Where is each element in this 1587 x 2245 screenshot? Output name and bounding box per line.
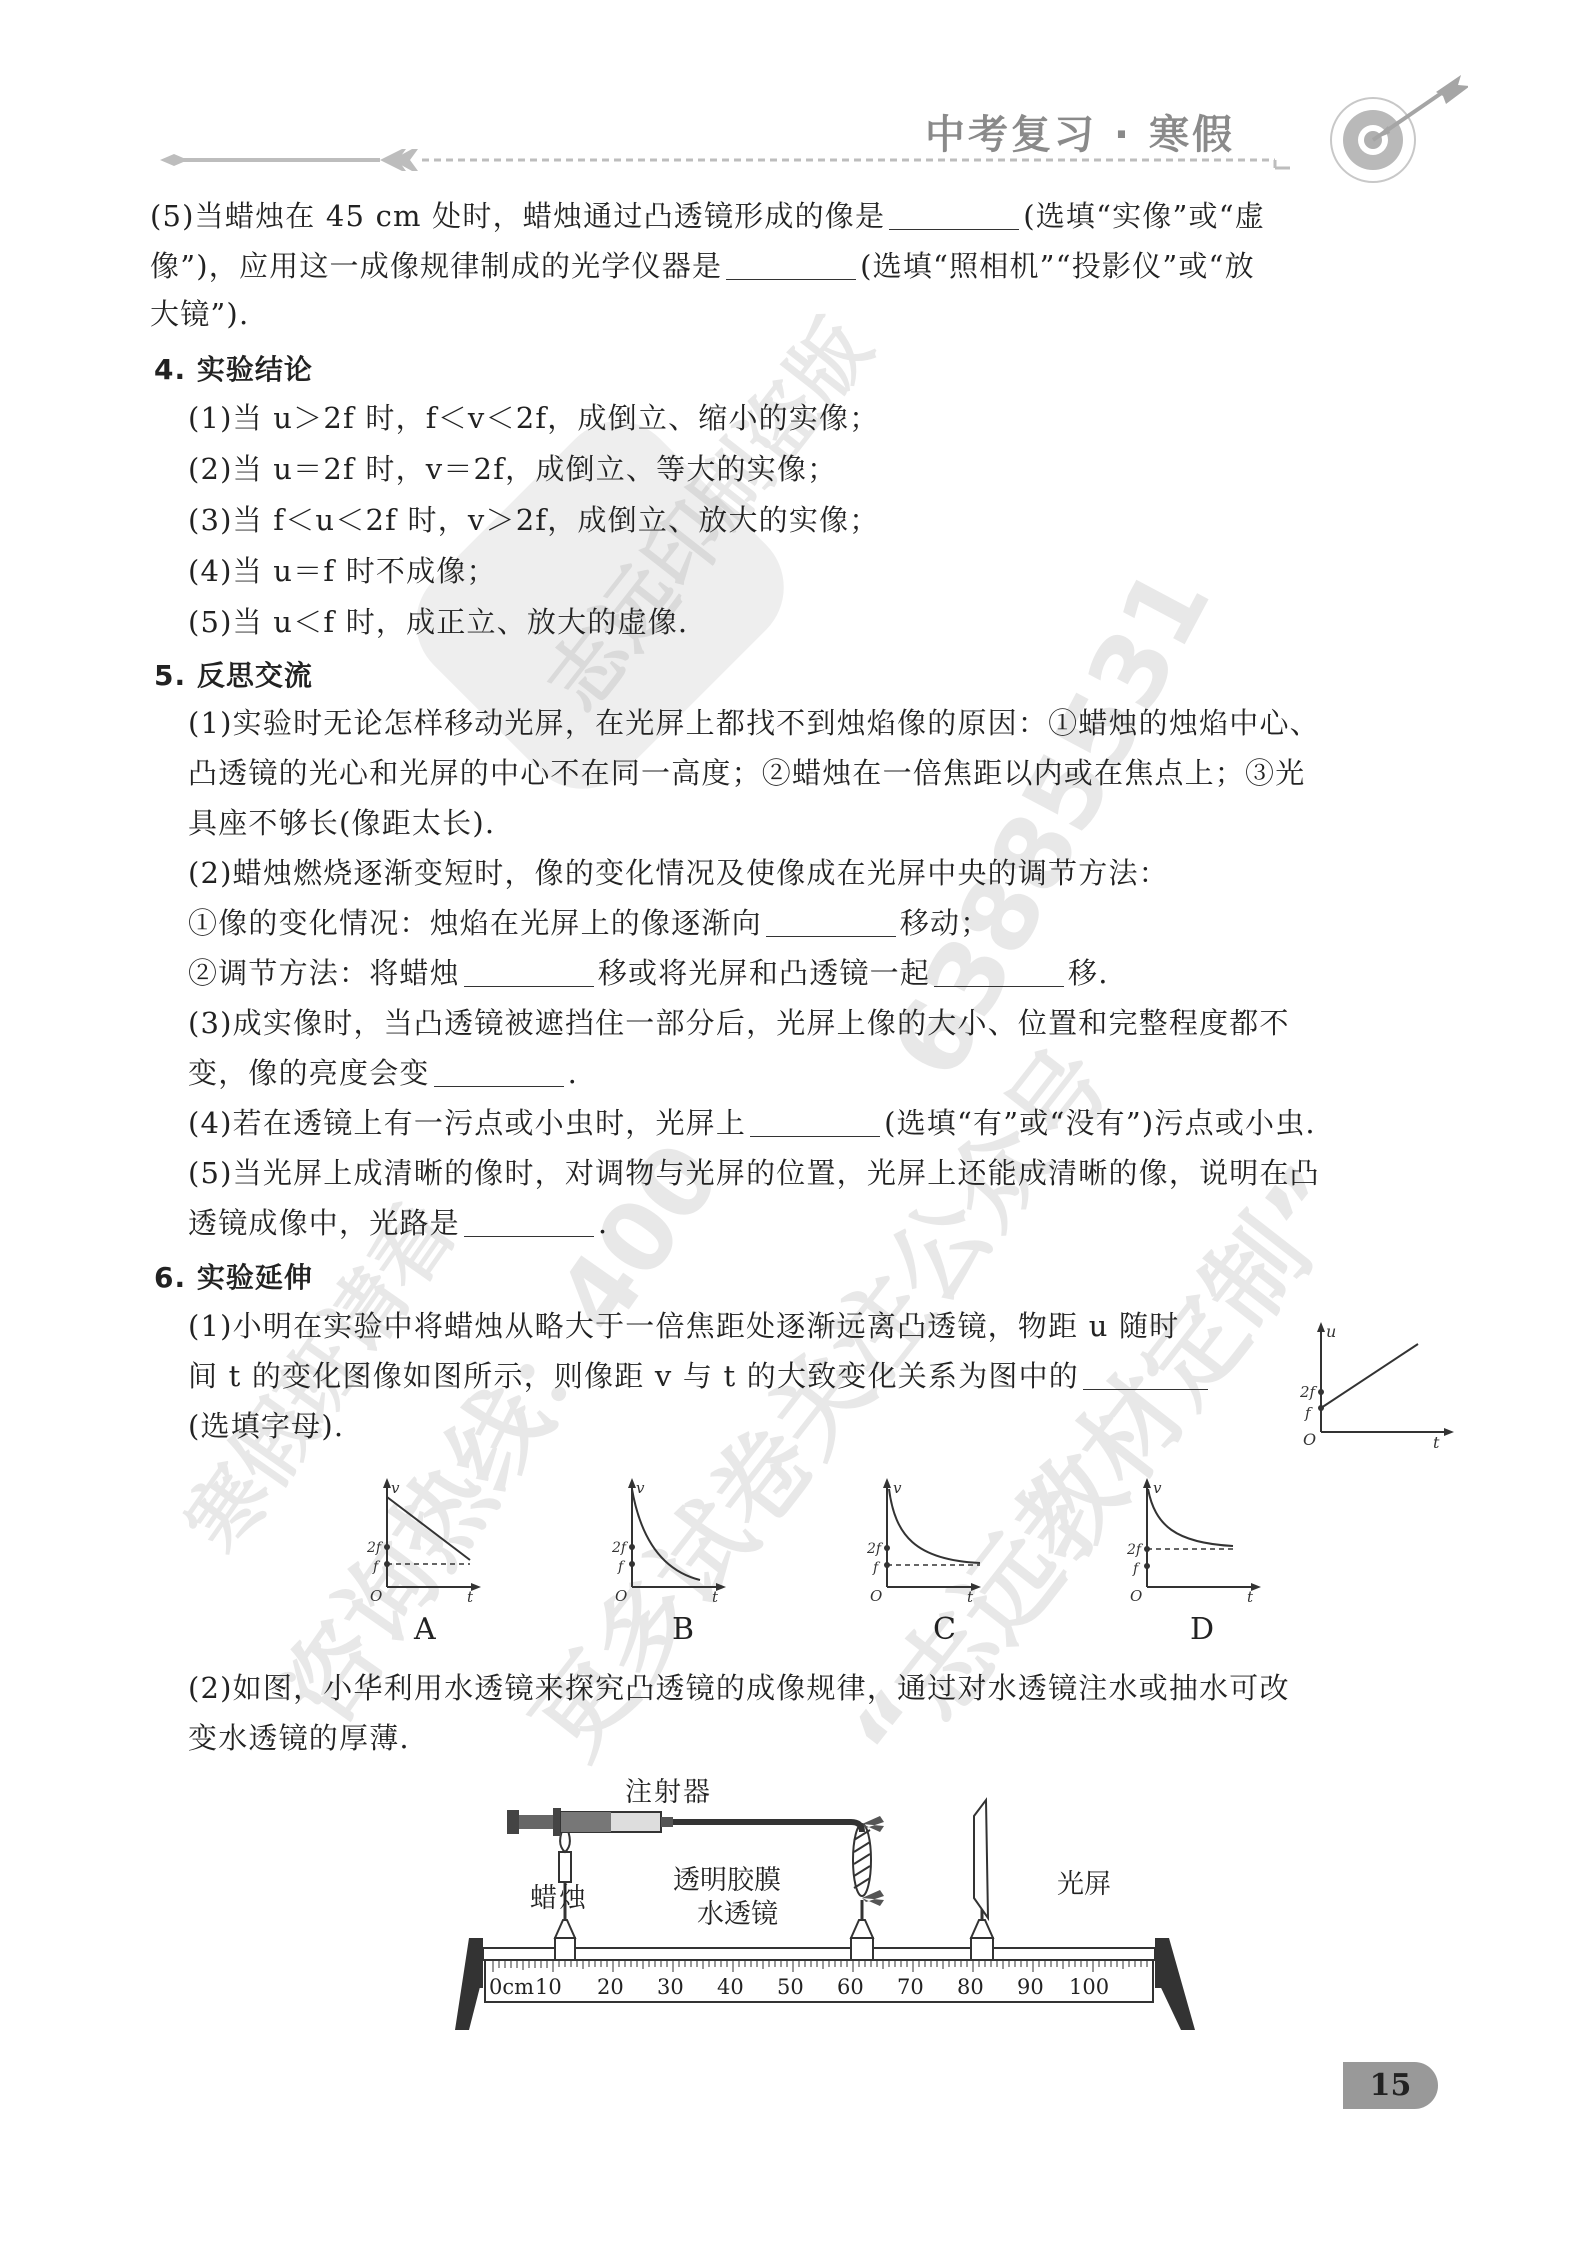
tick-label: f [1304, 1404, 1313, 1422]
option-label-d: D [1190, 1612, 1214, 1647]
axis-label: v [893, 1479, 902, 1497]
text: 透镜成像中，光路是 [188, 1206, 460, 1240]
optical-bench-diagram: 注射器 蜡烛 透明胶膜 水透镜 光屏 0cm 10 20 30 40 50 60… [455, 1770, 1195, 2045]
scale-label: 30 [657, 1975, 684, 1999]
text: (4)若在透镜上有一污点或小虫时，光屏上 [188, 1106, 746, 1140]
tick-label: f [372, 1559, 381, 1575]
scale-label: 10 [535, 1975, 562, 1999]
graph-option-a: v 2f f O t [355, 1475, 495, 1605]
question-text: (1)小明在实验中将蜡烛从略大于一倍焦距处逐渐远离凸透镜，物距 u 随时 [188, 1306, 1179, 1346]
syringe-label: 注射器 [625, 1770, 712, 1809]
tick-label: 2f [366, 1540, 384, 1556]
scale-label: 50 [777, 1975, 804, 1999]
answer-blank[interactable] [464, 958, 594, 987]
question-text: 变水透镜的厚薄. [188, 1718, 410, 1758]
tick-label: f [872, 1560, 881, 1576]
screen-label: 光屏 [1057, 1862, 1111, 1901]
question-text: (4)若在透镜上有一污点或小虫时，光屏上(选填“有”或“没有”)污点或小虫. [188, 1103, 1316, 1143]
question-text: (5)当蜡烛在 45 cm 处时，蜡烛通过凸透镜形成的像是(选填“实像”或“虚 [150, 196, 1265, 236]
question-text: (2)蜡烛燃烧逐渐变短时，像的变化情况及使像成在光屏中央的调节方法： [188, 853, 1169, 893]
answer-blank[interactable] [750, 1108, 880, 1137]
u-t-graph: u 2f f O t [1300, 1320, 1460, 1450]
tick-label: f [1132, 1561, 1141, 1577]
question-text: (选填字母). [188, 1406, 344, 1446]
axis-label: t [1247, 1588, 1254, 1605]
text: (选填“照相机”“投影仪”或“放 [860, 249, 1255, 283]
axis-label: v [636, 1479, 645, 1497]
conclusion-item: (5)当 u＜f 时，成正立、放大的虚像. [188, 602, 688, 642]
graph-option-c: v 2f f O t [855, 1475, 995, 1605]
question-text: 透镜成像中，光路是. [188, 1203, 608, 1243]
scale-label: 80 [957, 1975, 984, 1999]
tick-label: f [617, 1559, 626, 1575]
section-heading: 6. 实验延伸 [154, 1256, 313, 1296]
tick-label: 2f [866, 1541, 884, 1557]
text: 像”)，应用这一成像规律制成的光学仪器是 [150, 249, 722, 283]
question-text: (3)成实像时，当凸透镜被遮挡住一部分后，光屏上像的大小、位置和完整程度都不 [188, 1003, 1290, 1043]
water-lens-label: 水透镜 [697, 1892, 778, 1931]
conclusion-item: (3)当 f＜u＜2f 时，v＞2f，成倒立、放大的实像； [188, 500, 879, 540]
answer-blank[interactable] [1083, 1361, 1208, 1390]
answer-blank[interactable] [934, 958, 1064, 987]
option-label-a: A [414, 1612, 436, 1647]
candle-label: 蜡烛 [530, 1876, 588, 1915]
conclusion-item: (1)当 u＞2f 时，f＜v＜2f，成倒立、缩小的实像； [188, 398, 879, 438]
graph-option-d: v 2f f O t [1115, 1475, 1275, 1605]
tick-label: 2f [611, 1540, 629, 1556]
question-text: 像”)，应用这一成像规律制成的光学仪器是(选填“照相机”“投影仪”或“放 [150, 246, 1255, 286]
text: . [568, 1056, 578, 1090]
question-text: 凸透镜的光心和光屏的中心不在同一高度；②蜡烛在一倍焦距以内或在焦点上；③光 [188, 753, 1305, 793]
text: (5)当蜡烛在 45 cm 处时，蜡烛通过凸透镜形成的像是 [150, 199, 885, 233]
question-text: (5)当光屏上成清晰的像时，对调物与光屏的位置，光屏上还能成清晰的像，说明在凸 [188, 1153, 1320, 1193]
header-arrow-rule-icon [160, 140, 1290, 180]
scale-label: 90 [1017, 1975, 1044, 1999]
scale-label: 60 [837, 1975, 864, 1999]
section-heading: 4. 实验结论 [154, 348, 313, 388]
origin-label: O [1130, 1587, 1142, 1605]
text: 变，像的亮度会变 [188, 1056, 430, 1090]
answer-blank[interactable] [889, 201, 1019, 230]
answer-blank[interactable] [726, 251, 856, 280]
answer-blank[interactable] [766, 908, 896, 937]
answer-blank[interactable] [464, 1208, 594, 1237]
scale-label: 70 [897, 1975, 924, 1999]
question-text: ①像的变化情况：烛焰在光屏上的像逐渐向移动； [188, 903, 990, 943]
question-text: (2)如图，小华利用水透镜来探究凸透镜的成像规律，通过对水透镜注水或抽水可改 [188, 1668, 1290, 1708]
question-text: 变，像的亮度会变. [188, 1053, 578, 1093]
conclusion-item: (2)当 u＝2f 时，v＝2f，成倒立、等大的实像； [188, 449, 837, 489]
answer-blank[interactable] [434, 1058, 564, 1087]
text: . [598, 1206, 608, 1240]
graph-option-b: v 2f f O t [600, 1475, 740, 1605]
tick-label: 2f [1126, 1542, 1144, 1558]
scale-label: 20 [597, 1975, 624, 1999]
scale-label: 40 [717, 1975, 744, 1999]
option-label-c: C [933, 1612, 956, 1647]
scale-label: 0cm [489, 1975, 534, 1999]
question-text: ②调节方法：将蜡烛移或将光屏和凸透镜一起移. [188, 953, 1109, 993]
axis-label: v [391, 1479, 400, 1497]
axis-label: v [1153, 1479, 1162, 1497]
question-text: 大镜”). [150, 294, 249, 334]
conclusion-item: (4)当 u＝f 时不成像； [188, 551, 497, 591]
text: 间 t 的变化图像如图所示，则像距 v 与 t 的大致变化关系为图中的 [188, 1359, 1079, 1393]
question-text: 间 t 的变化图像如图所示，则像距 v 与 t 的大致变化关系为图中的 [188, 1356, 1212, 1396]
section-heading: 5. 反思交流 [154, 654, 313, 694]
target-arrow-icon [1318, 70, 1468, 190]
question-text: 具座不够长(像距太长). [188, 803, 495, 843]
axis-label: t [1433, 1433, 1440, 1450]
text: 移或将光屏和凸透镜一起 [598, 956, 930, 990]
axis-label: u [1326, 1322, 1336, 1341]
origin-label: O [870, 1587, 882, 1605]
scale-label: 100 [1069, 1975, 1109, 1999]
text: 移动； [900, 906, 991, 940]
text: (选填“实像”或“虚 [1023, 199, 1265, 233]
axis-label: t [467, 1588, 474, 1605]
tick-label: 2f [1300, 1383, 1318, 1401]
page-number: 15 [1343, 2062, 1438, 2109]
text: 移. [1068, 956, 1109, 990]
question-text: (1)实验时无论怎样移动光屏，在光屏上都找不到烛焰像的原因：①蜡烛的烛焰中心、 [188, 703, 1320, 743]
origin-label: O [615, 1587, 627, 1605]
option-label-b: B [672, 1612, 694, 1647]
axis-label: t [712, 1588, 719, 1605]
axis-label: t [967, 1588, 974, 1605]
text: (选填“有”或“没有”)污点或小虫. [884, 1106, 1316, 1140]
text: ①像的变化情况：烛焰在光屏上的像逐渐向 [188, 906, 762, 940]
text: ②调节方法：将蜡烛 [188, 956, 460, 990]
origin-label: O [1303, 1430, 1316, 1449]
origin-label: O [370, 1587, 382, 1605]
